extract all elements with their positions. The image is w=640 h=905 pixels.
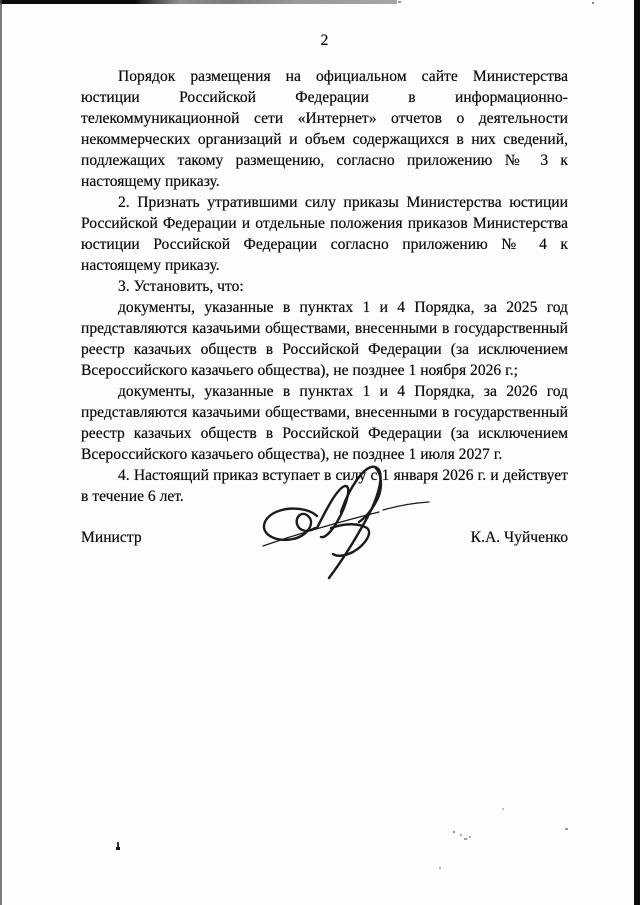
scan-artifact <box>460 834 462 836</box>
scan-artifact <box>565 828 568 830</box>
scan-artifact <box>502 808 504 810</box>
scan-artifact <box>464 838 467 840</box>
paragraph: Порядок размещения на официальном сайте … <box>81 66 568 192</box>
scan-artifact <box>592 2 594 4</box>
signatory-name: К.А. Чуйченко <box>471 527 568 548</box>
paragraph: 3. Установить, что: <box>81 276 568 297</box>
scan-artifact <box>453 831 455 833</box>
signature <box>255 450 445 590</box>
scan-border-top <box>0 0 397 4</box>
page-number: 2 <box>81 32 568 50</box>
scan-artifact <box>469 836 471 838</box>
scan-border-right <box>634 0 640 905</box>
scan-artifact <box>398 1 401 3</box>
scan-artifact <box>116 847 120 850</box>
paragraph: документы, указанные в пунктах 1 и 4 Пор… <box>81 297 568 381</box>
paragraph: 2. Признать утратившими силу приказы Мин… <box>81 192 568 276</box>
document-page: 2 Порядок размещения на официальном сайт… <box>0 0 640 905</box>
signatory-role: Министр <box>81 527 142 548</box>
scan-border-left <box>0 0 2 905</box>
scan-artifact <box>439 867 441 869</box>
